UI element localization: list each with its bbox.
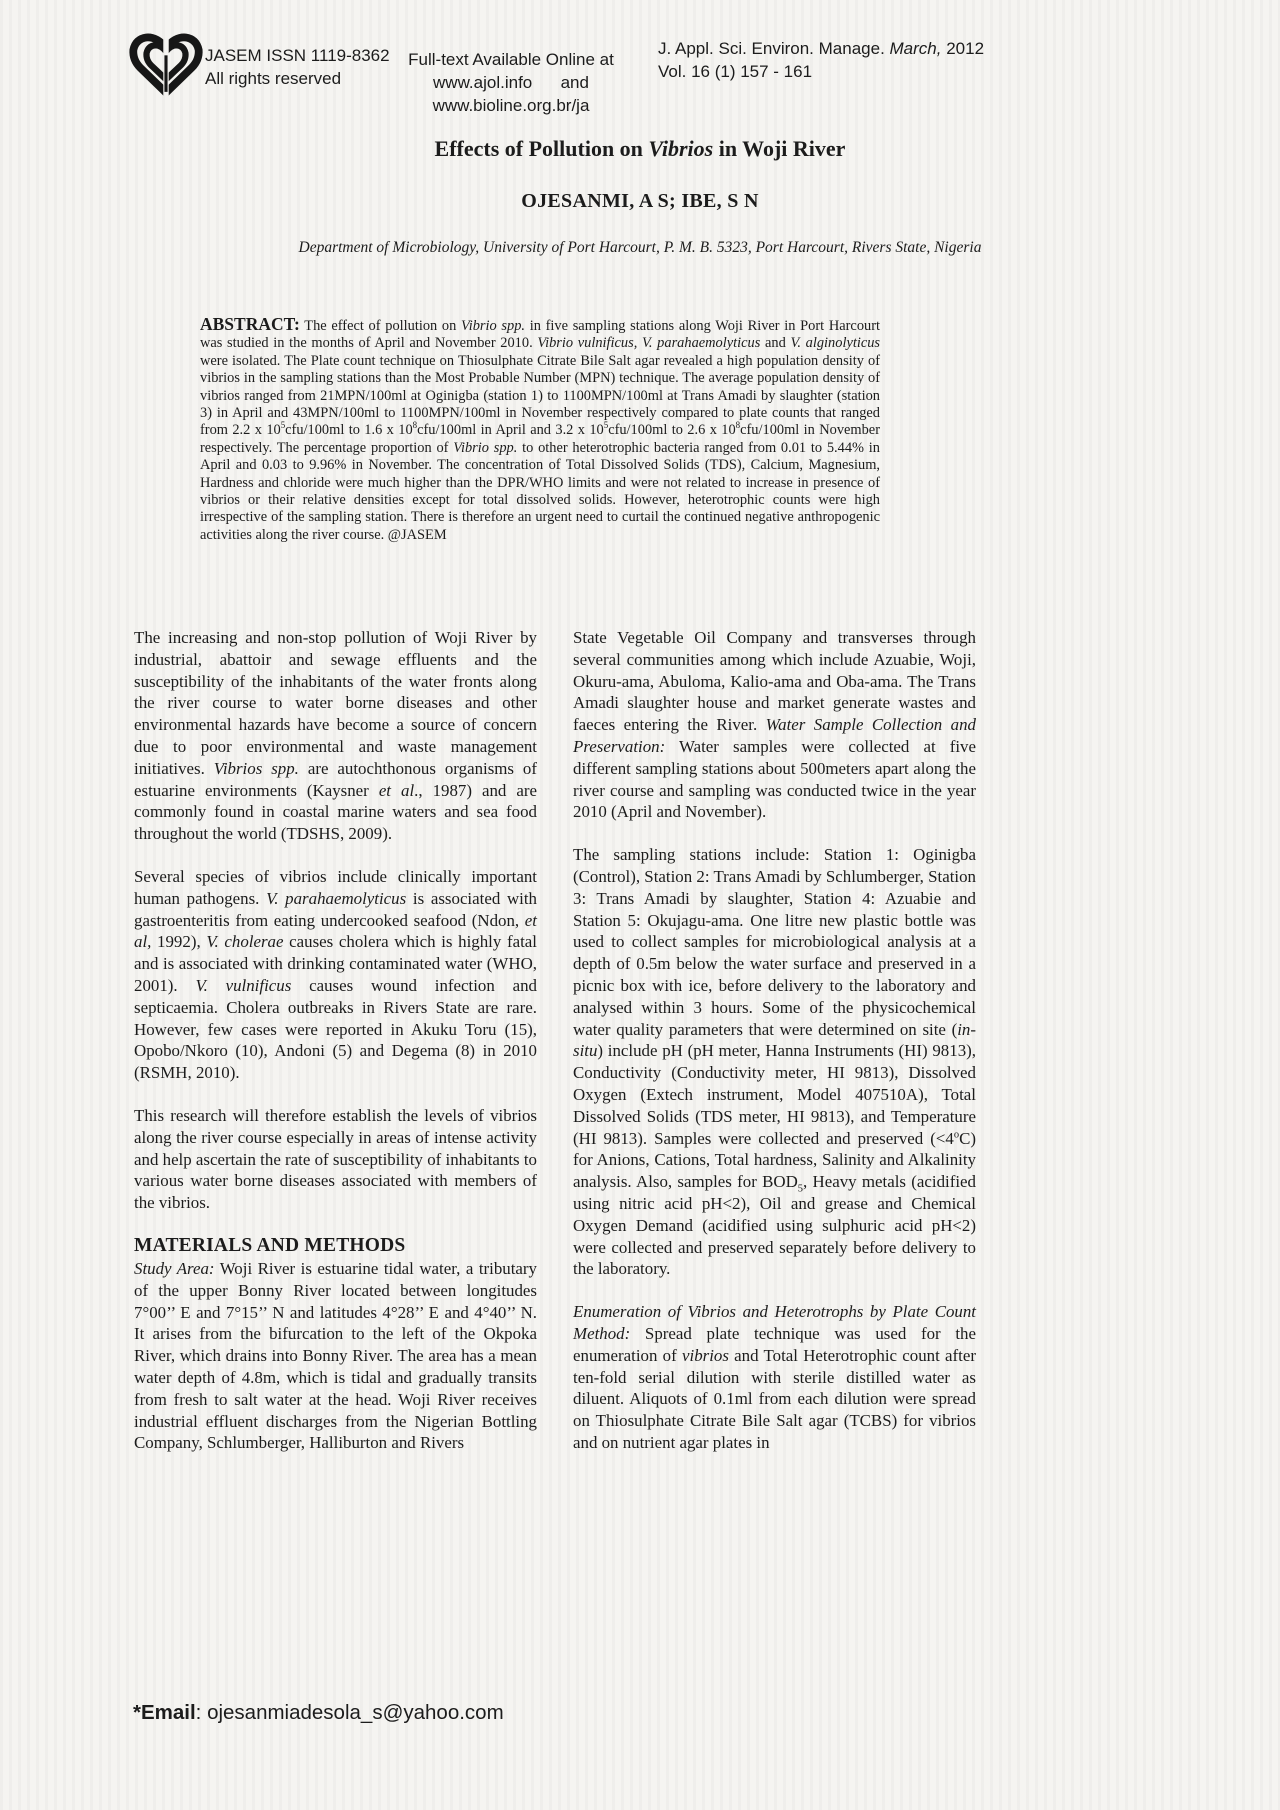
jasem-logo xyxy=(126,32,206,107)
journal-page: JASEM ISSN 1119-8362 All rights reserved… xyxy=(0,0,1280,1810)
abstract-label: ABSTRACT: xyxy=(200,314,300,334)
paragraph-sampling-stations: The sampling stations include: Station 1… xyxy=(573,844,976,1280)
affiliation-line: Department of Microbiology, University o… xyxy=(0,239,1280,257)
availability-block: Full-text Available Online at www.ajol.i… xyxy=(393,48,629,117)
article-title: Effects of Pollution on Vibrios in Woji … xyxy=(0,136,1280,162)
paragraph-intro: The increasing and non-stop pollution of… xyxy=(134,627,537,845)
journal-name-line: J. Appl. Sci. Environ. Manage. March, 20… xyxy=(658,37,984,60)
email-footer: *Email: ojesanmiadesola_s@yahoo.com xyxy=(133,1701,504,1725)
body-columns: The increasing and non-stop pollution of… xyxy=(134,627,976,1475)
paragraph-enumeration: Enumeration of Vibrios and Heterotrophs … xyxy=(573,1301,976,1454)
right-column: State Vegetable Oil Company and transver… xyxy=(573,627,976,1475)
issn-block: JASEM ISSN 1119-8362 All rights reserved xyxy=(205,44,390,90)
abstract-paragraph: ABSTRACT: The effect of pollution on Vib… xyxy=(200,316,880,544)
paragraph-research-aim: This research will therefore establish t… xyxy=(134,1105,537,1214)
issn-line: JASEM ISSN 1119-8362 xyxy=(205,44,390,67)
abstract-text: The effect of pollution on Vibrio spp. i… xyxy=(200,318,880,543)
ajol-url: www.ajol.info and xyxy=(393,71,629,94)
volume-pages-line: Vol. 16 (1) 157 - 161 xyxy=(658,60,984,83)
authors-line: OJESANMI, A S; IBE, S N xyxy=(0,190,1280,213)
paragraph-study-area-cont: State Vegetable Oil Company and transver… xyxy=(573,627,976,823)
rights-line: All rights reserved xyxy=(205,67,390,90)
journal-reference-block: J. Appl. Sci. Environ. Manage. March, 20… xyxy=(658,37,984,83)
section-heading-materials-and-methods: MATERIALS AND METHODS xyxy=(134,1235,537,1257)
jasem-heart-logo-icon xyxy=(126,32,206,102)
availability-line: Full-text Available Online at xyxy=(393,48,629,71)
bioline-url: www.bioline.org.br/ja xyxy=(393,94,629,117)
left-column: The increasing and non-stop pollution of… xyxy=(134,627,537,1475)
paragraph-species: Several species of vibrios include clini… xyxy=(134,866,537,1084)
paragraph-study-area: Study Area: Woji River is estuarine tida… xyxy=(134,1258,537,1454)
